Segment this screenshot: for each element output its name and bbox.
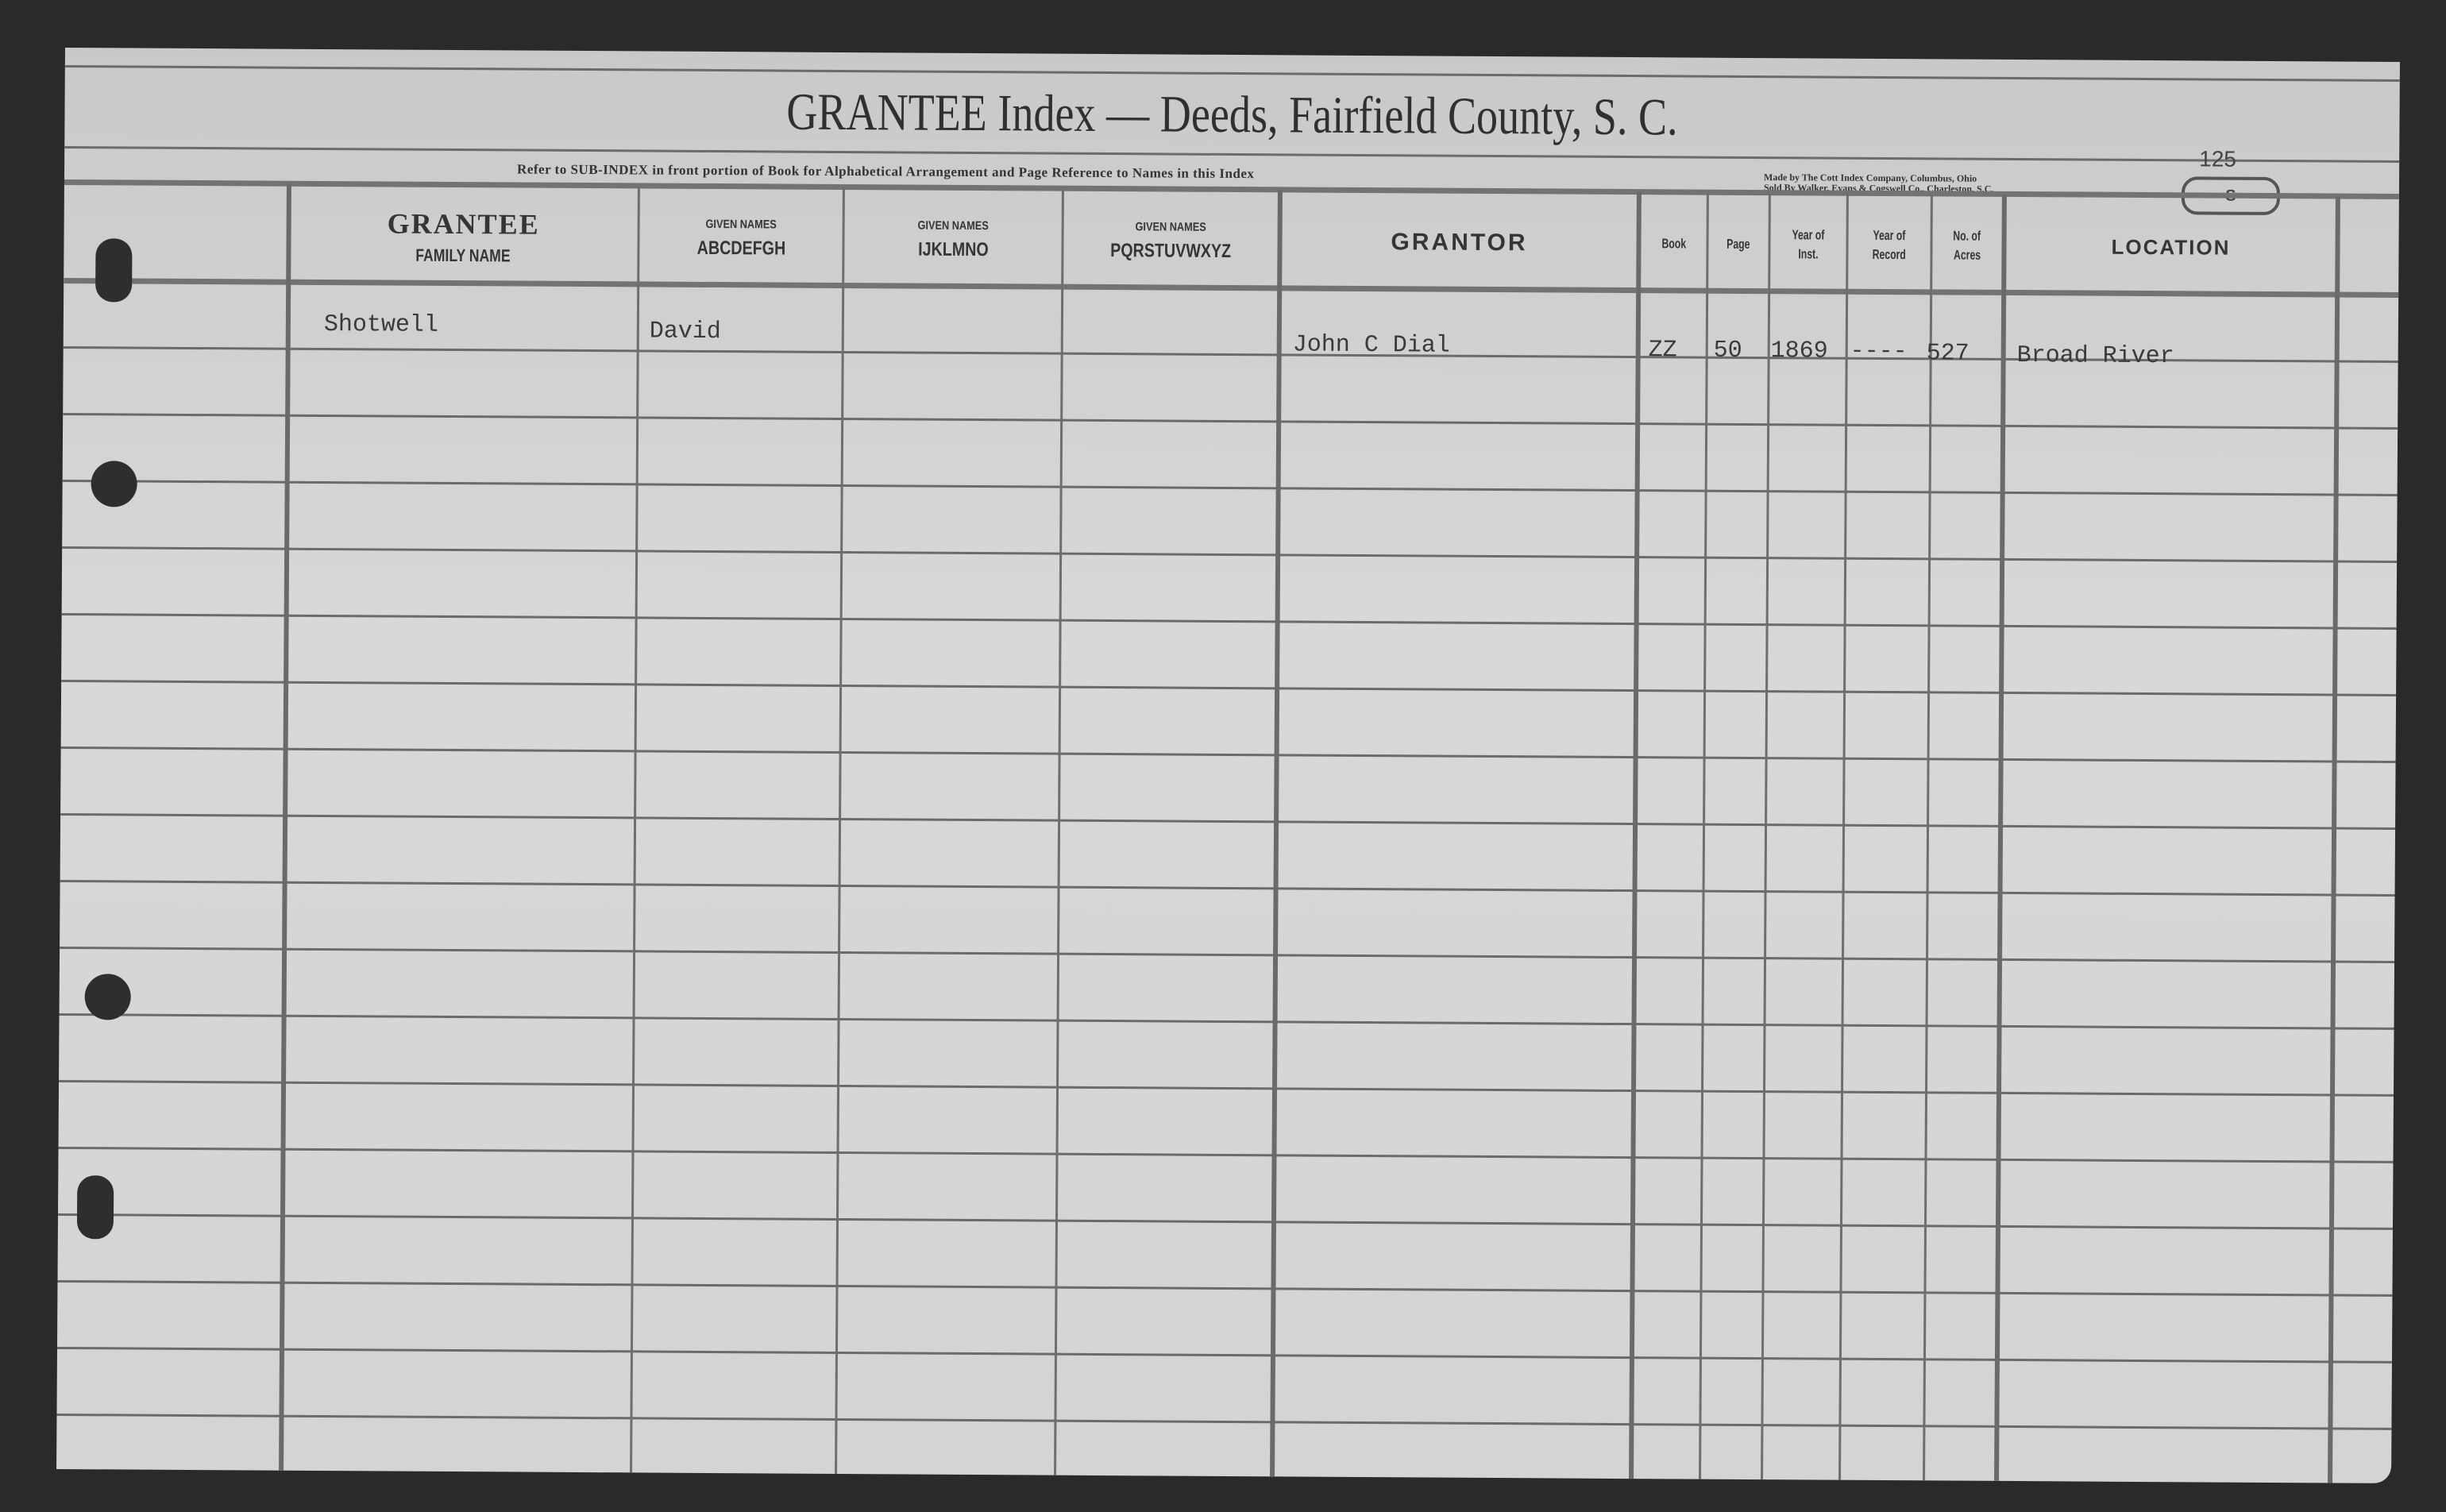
row-rule bbox=[60, 880, 2395, 897]
header-given-i-o-sub: IJKLMNO bbox=[918, 238, 989, 261]
cell-family-name: Shotwell bbox=[324, 311, 438, 339]
header-given-a-h-title: GIVEN NAMES bbox=[705, 217, 776, 231]
column-divider bbox=[1923, 194, 1933, 1480]
column-divider bbox=[1699, 193, 1709, 1479]
row-rule bbox=[59, 1080, 2394, 1097]
row-rule bbox=[61, 746, 2396, 763]
header-year-record-2: Record bbox=[1873, 245, 1906, 264]
row-rule bbox=[61, 680, 2396, 696]
cell-page: 50 bbox=[1714, 337, 1742, 364]
punch-hole-oval bbox=[95, 238, 132, 302]
row-rule bbox=[60, 947, 2394, 963]
row-rule bbox=[59, 1147, 2394, 1163]
header-given-p-z-sub: PQRSTUVWXYZ bbox=[1110, 240, 1231, 263]
cell-year-inst: 1869 bbox=[1771, 337, 1828, 364]
header-location-title: LOCATION bbox=[2111, 234, 2230, 260]
punch-hole-round bbox=[91, 461, 137, 507]
header-acres-2: Acres bbox=[1954, 246, 1981, 265]
row-rule bbox=[60, 813, 2395, 830]
header-grantor-title: GRANTOR bbox=[1391, 229, 1527, 256]
header-year-inst-1: Year of bbox=[1792, 226, 1825, 245]
header-given-p-z: GIVEN NAMES PQRSTUVWXYZ bbox=[1063, 193, 1278, 290]
tab-number: 125 bbox=[2199, 146, 2236, 172]
header-grantee: GRANTEE FAMILY NAME bbox=[289, 188, 638, 286]
header-given-a-h-sub: ABCDEFGH bbox=[696, 237, 785, 260]
header-book: Book bbox=[1641, 196, 1707, 291]
column-divider bbox=[835, 187, 845, 1474]
row-rule bbox=[63, 413, 2398, 430]
header-grantor: GRANTOR bbox=[1282, 194, 1637, 291]
cell-location: Broad River bbox=[2017, 342, 2174, 370]
row-rule bbox=[63, 480, 2398, 496]
header-year-inst-2: Inst. bbox=[1798, 245, 1818, 264]
column-divider bbox=[630, 186, 640, 1472]
punch-hole-round bbox=[85, 974, 131, 1020]
sub-index-note: Refer to SUB-INDEX in front portion of B… bbox=[517, 161, 1254, 182]
cell-grantor: John C Dial bbox=[1293, 331, 1450, 359]
header-book-label: Book bbox=[1661, 234, 1686, 253]
header-acres-1: No. of bbox=[1954, 227, 1981, 246]
column-divider bbox=[1629, 192, 1642, 1479]
column-divider bbox=[1054, 189, 1064, 1475]
cell-acres: 527 bbox=[1927, 340, 1970, 367]
row-rule bbox=[62, 546, 2397, 563]
header-given-i-o-title: GIVEN NAMES bbox=[917, 218, 988, 233]
column-divider bbox=[1270, 190, 1283, 1476]
row-rule bbox=[58, 1280, 2393, 1297]
row-rule bbox=[56, 1414, 2391, 1430]
card-title: GRANTEE Index — Deeds, Fairfield County,… bbox=[275, 79, 2189, 152]
table-row: Shotwell David John C Dial ZZ 50 1869 --… bbox=[65, 48, 2400, 62]
cell-book: ZZ bbox=[1649, 337, 1677, 364]
column-divider bbox=[1994, 195, 2007, 1481]
cell-given-name: David bbox=[650, 318, 721, 346]
header-grantee-sub: FAMILY NAME bbox=[416, 245, 511, 267]
header-given-i-o: GIVEN NAMES IJKLMNO bbox=[844, 191, 1062, 288]
column-divider bbox=[279, 184, 291, 1471]
column-divider bbox=[1761, 193, 1771, 1479]
header-location: LOCATION bbox=[2006, 199, 2336, 296]
header-acres: No. of Acres bbox=[1932, 198, 2002, 294]
column-divider bbox=[1838, 194, 1849, 1480]
column-divider bbox=[2328, 196, 2340, 1483]
header-page: Page bbox=[1708, 197, 1769, 292]
cell-year-record: ---- bbox=[1850, 338, 1908, 365]
header-year-record-1: Year of bbox=[1873, 226, 1906, 245]
header-given-a-h: GIVEN NAMES ABCDEFGH bbox=[639, 190, 843, 287]
row-rule bbox=[62, 613, 2397, 630]
header-grantee-title: GRANTEE bbox=[388, 206, 540, 241]
header-year-record: Year of Record bbox=[1848, 198, 1931, 294]
header-given-p-z-title: GIVEN NAMES bbox=[1135, 220, 1206, 234]
row-rule bbox=[60, 1013, 2394, 1030]
header-year-inst: Year of Inst. bbox=[1770, 197, 1846, 293]
row-rule bbox=[58, 1213, 2393, 1230]
header-page-label: Page bbox=[1726, 235, 1750, 254]
index-card: GRANTEE Index — Deeds, Fairfield County,… bbox=[56, 48, 2400, 1483]
row-rule bbox=[57, 1347, 2392, 1363]
punch-hole-oval bbox=[77, 1175, 114, 1239]
